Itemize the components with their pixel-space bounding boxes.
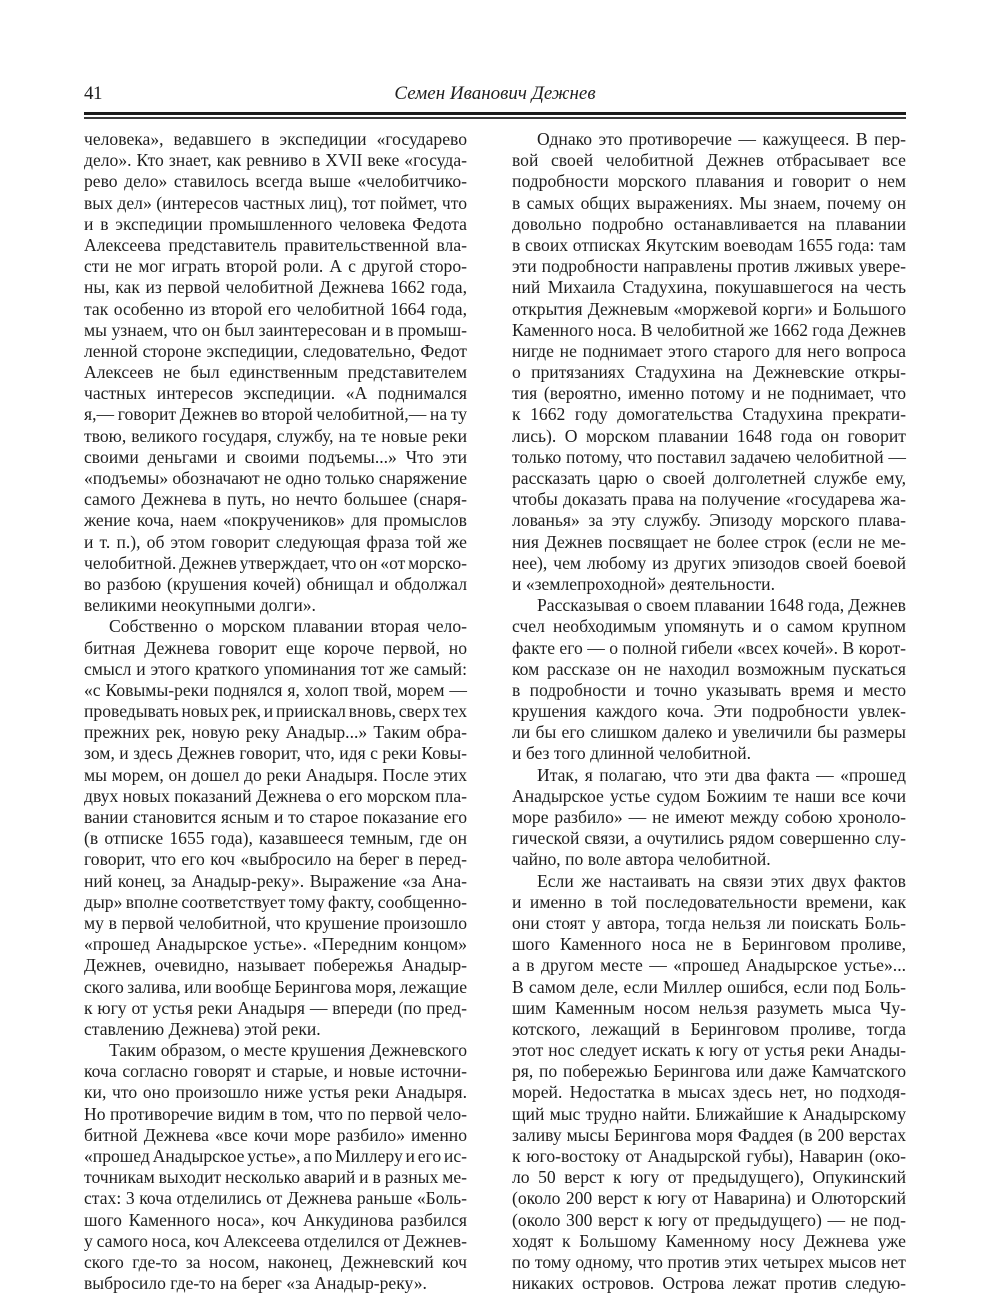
text-line: нигде не поднимает этого старого для нег… bbox=[512, 341, 906, 362]
text-line: Собственно о морском плавании вторая чел… bbox=[84, 616, 467, 637]
text-line: частных интересов экспедиции. «А поднима… bbox=[84, 383, 467, 404]
page-header: 41 Семен Иванович Дежнев bbox=[84, 82, 906, 106]
text-line: точникам выходит несколько аварий и в ра… bbox=[84, 1167, 467, 1188]
text-line: Анадырское устье судом Божиим те наши вс… bbox=[512, 786, 906, 807]
text-line: прежних рек, новую реку Анадыр...» Таким… bbox=[84, 722, 467, 743]
text-line: и в экспедиции промышленного человека Фе… bbox=[84, 214, 467, 235]
left-text-column: человека», ведавшего в экспедиции «госуд… bbox=[84, 129, 467, 1294]
text-line: ло 50 верст к югу от предыдущего), Опуки… bbox=[512, 1167, 906, 1188]
text-line: ны, как из первой челобитной Дежнева 166… bbox=[84, 277, 467, 298]
text-line: ли бы его слишком далеко и увеличили бы … bbox=[512, 722, 906, 743]
right-text-column: Однако это противоречие — кажущееся. В п… bbox=[512, 129, 906, 1294]
text-line: сти не мог играть второй роли. А с друго… bbox=[84, 256, 467, 277]
text-line: морей. Недостатка в мысах здесь нет, но … bbox=[512, 1082, 906, 1103]
text-line: говорит, что его коч «выбросило на берег… bbox=[84, 849, 467, 870]
text-line: (в отписке 1655 года), казавшееся темным… bbox=[84, 828, 467, 849]
text-line: и без того длинной челобитной. bbox=[512, 743, 906, 764]
text-line: жение коча, наем «покручеников» для пром… bbox=[84, 510, 467, 531]
text-line: и именно в той последовательности времен… bbox=[512, 892, 906, 913]
text-line: открытия Дежневым «моржевой корги» и Бол… bbox=[512, 299, 906, 320]
text-line: челобитной. Дежнев утверждает, что он «о… bbox=[84, 553, 467, 574]
text-line: в своих отписках Якутским воеводам 1655 … bbox=[512, 235, 906, 256]
text-line: рассказать царю о своей долголетней служ… bbox=[512, 468, 906, 489]
text-line: Таким образом, о месте крушения Дежневск… bbox=[84, 1040, 467, 1061]
text-line: мы морем, он дошел до реки Анадыря. Посл… bbox=[84, 765, 467, 786]
text-line: чтобы доказать права на получение «госуд… bbox=[512, 489, 906, 510]
text-line: лованья» за эту службу. Эпизоду морского… bbox=[512, 510, 906, 531]
text-line: твою, великого государя, службу, на те н… bbox=[84, 426, 467, 447]
text-line: Но противоречие видим в том, что по перв… bbox=[84, 1104, 467, 1125]
text-line: и «землепроходной» деятельности. bbox=[512, 574, 906, 595]
text-line: рево дело» ставилось всегда выше «челоби… bbox=[84, 171, 467, 192]
text-line: Рассказывая о своем плавании 1648 года, … bbox=[512, 595, 906, 616]
text-line: Каменного носа. В челобитной же 1662 год… bbox=[512, 320, 906, 341]
text-line: ния Дежнев посвящает не более строк (есл… bbox=[512, 532, 906, 553]
text-line: ком рассказе он не находил возможным пус… bbox=[512, 659, 906, 680]
text-line: Алексеева представитель правительственно… bbox=[84, 235, 467, 256]
text-line: факте его — о полной гибели «всех кочей»… bbox=[512, 638, 906, 659]
text-line: двух новых показаний Дежнева о его морск… bbox=[84, 786, 467, 807]
text-line: (около 200 верст к югу от Наварина) и Ол… bbox=[512, 1188, 906, 1209]
text-line: своими деньгами и своими подъемы...» Что… bbox=[84, 447, 467, 468]
text-line: а в другом месте — «прошед Анадырское ус… bbox=[512, 955, 906, 976]
text-line: этот нос следует искать к югу от устья р… bbox=[512, 1040, 906, 1061]
text-line: ний Михаила Стадухина, покушавшегося на … bbox=[512, 277, 906, 298]
text-line: счел необходимым упомянуть и о самом кру… bbox=[512, 616, 906, 637]
text-line: ского где-то за носом, наконец, Дежневск… bbox=[84, 1252, 467, 1273]
text-line: никаких островов. Острова лежат против с… bbox=[512, 1273, 906, 1294]
text-line: так особенно из второй его челобитной 16… bbox=[84, 299, 467, 320]
text-line: вании становится ясным и то старое показ… bbox=[84, 807, 467, 828]
text-line: человека», ведавшего в экспедиции «госуд… bbox=[84, 129, 467, 150]
text-line: В самом деле, если Миллер ошибся, если п… bbox=[512, 977, 906, 998]
text-line: они стоят у автора, тогда нельзя ли поис… bbox=[512, 913, 906, 934]
text-line: тия (вероятно, именно потому и не подним… bbox=[512, 383, 906, 404]
text-line: к югу от устья реки Анадыря — впереди (п… bbox=[84, 998, 467, 1019]
text-line: битная Дежнева говорит еще короче первой… bbox=[84, 638, 467, 659]
text-line: битной Дежнева «все кочи море разбило» и… bbox=[84, 1125, 467, 1146]
text-line: во разбою (крушения кочей) обнищал и обд… bbox=[84, 574, 467, 595]
text-line: великими неокупными долги». bbox=[84, 595, 467, 616]
text-line: стах: 3 коча отделились от Дежнева раньш… bbox=[84, 1188, 467, 1209]
text-line: шого Каменного носа не в Беринговом прол… bbox=[512, 934, 906, 955]
text-line: эти подробности направлены против лживых… bbox=[512, 256, 906, 277]
text-line: «с Ковымы-реки поднялся я, холоп твой, м… bbox=[84, 680, 467, 701]
text-line: ря, по побережью Берингова или даже Камч… bbox=[512, 1061, 906, 1082]
text-line: самого Дежнева в путь, но нечто большее … bbox=[84, 489, 467, 510]
text-line: «прошед Анадырское устье». «Передним кон… bbox=[84, 934, 467, 955]
text-line: к 1662 году домогательства Стадухина пре… bbox=[512, 404, 906, 425]
text-line: и т. п.), об этом говорит следующая фраз… bbox=[84, 532, 467, 553]
text-line: Если же настаивать на связи этих двух фа… bbox=[512, 871, 906, 892]
text-line: зом, и здесь Дежнев говорит, что, идя с … bbox=[84, 743, 467, 764]
text-line: ки, что оно произошло ниже устья реки Ан… bbox=[84, 1082, 467, 1103]
text-line: котского, лежащий в Беринговом проливе, … bbox=[512, 1019, 906, 1040]
text-line: коча согласно говорят и старые, и новые … bbox=[84, 1061, 467, 1082]
text-line: подробности морского плавания и говорит … bbox=[512, 171, 906, 192]
header-rule-thick bbox=[84, 112, 906, 115]
text-line: я,— говорит Дежнев во второй челобитной,… bbox=[84, 404, 467, 425]
text-line: по тому одному, что против этих четырех … bbox=[512, 1252, 906, 1273]
text-line: чайно, по воле автора челобитной. bbox=[512, 849, 906, 870]
text-line: дело». Кто знает, как ревниво в XVII век… bbox=[84, 150, 467, 171]
text-line: лись). О морском плавании 1648 года он г… bbox=[512, 426, 906, 447]
text-line: крушения каждого коча. Эти подробности у… bbox=[512, 701, 906, 722]
header-rule-thin bbox=[84, 117, 906, 119]
text-line: вых дел» (интересов частных лиц), тот по… bbox=[84, 193, 467, 214]
text-line: ходят к Большому Каменному носу Дежнева … bbox=[512, 1231, 906, 1252]
text-line: щий мыс трудно найти. Ближайшие к Анадыр… bbox=[512, 1104, 906, 1125]
text-line: Итак, я полагаю, что эти два факта — «пр… bbox=[512, 765, 906, 786]
text-line: в самых общих выражениях. Мы знаем, поче… bbox=[512, 193, 906, 214]
text-line: мы узнаем, что он был заинтересован и в … bbox=[84, 320, 467, 341]
text-line: шого Каменного носа», коч Анкудинова раз… bbox=[84, 1210, 467, 1231]
header-rule-divider bbox=[84, 112, 906, 120]
text-line: о притязаниях Стадухина на Дежневские от… bbox=[512, 362, 906, 383]
text-line: гической связи, а очутились рядом соверш… bbox=[512, 828, 906, 849]
text-line: заливу мысы Берингова моря Фаддея (в 200… bbox=[512, 1125, 906, 1146]
running-title: Семен Иванович Дежнев bbox=[84, 82, 906, 106]
text-line: ставлению Дежнева) этой реки. bbox=[84, 1019, 467, 1040]
text-line: довольно подробно останавливается на пла… bbox=[512, 214, 906, 235]
text-line: му в первой челобитной, что крушение про… bbox=[84, 913, 467, 934]
text-line: смысл и этого краткого упоминания тот же… bbox=[84, 659, 467, 680]
text-line: Алексеев не был единственным представите… bbox=[84, 362, 467, 383]
text-line: Дежнев, очевидно, называет побережья Ана… bbox=[84, 955, 467, 976]
text-line: (около 300 верст к югу от предыдущего) —… bbox=[512, 1210, 906, 1231]
text-line: Однако это противоречие — кажущееся. В п… bbox=[512, 129, 906, 150]
text-line: ского залива, или вообще Берингова моря,… bbox=[84, 977, 467, 998]
text-line: «подъемы» обозначают не одно только снар… bbox=[84, 468, 467, 489]
text-line: у самого носа, коч Алексеева отделился о… bbox=[84, 1231, 467, 1252]
text-line: нее), чем любому из других эпизодов свое… bbox=[512, 553, 906, 574]
text-line: море разбило» — не имеют между собою хро… bbox=[512, 807, 906, 828]
text-line: шим Каменным носом нельзя разуметь мыса … bbox=[512, 998, 906, 1019]
text-line: ний конец, за Анадыр-реку». Выражение «з… bbox=[84, 871, 467, 892]
text-line: проведывать новых рек, и приискал вновь,… bbox=[84, 701, 467, 722]
text-line: ленной стороне экспедиции, следовательно… bbox=[84, 341, 467, 362]
text-line: выбросило где-то на берег «за Анадыр-рек… bbox=[84, 1273, 467, 1294]
text-line: только потому, что поставил задачею чело… bbox=[512, 447, 906, 468]
text-line: в подробности и точно указывать время и … bbox=[512, 680, 906, 701]
text-line: к юго-востоку от Анадырской губы), Навар… bbox=[512, 1146, 906, 1167]
text-line: вой своей челобитной Дежнев отбрасывает … bbox=[512, 150, 906, 171]
text-line: дыр» вполне соответствует тому факту, со… bbox=[84, 892, 467, 913]
text-line: «прошед Анадырское устье», а по Миллеру … bbox=[84, 1146, 467, 1167]
